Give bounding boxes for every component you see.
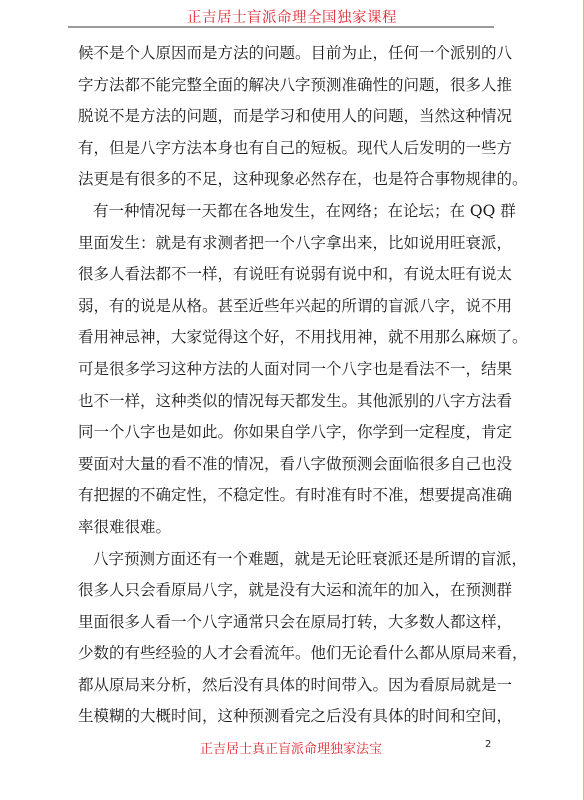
text-line-paragraph-start: 八字预测方面还有一个难题，就是无论旺衰派还是所谓的盲派， bbox=[78, 544, 498, 576]
text-line: 有，但是八字方法本身也有自己的短板。现代人后发明的一些方 bbox=[78, 133, 498, 165]
text-line: 很多人看法都不一样，有说旺有说弱有说中和，有说太旺有说太 bbox=[78, 259, 498, 291]
text-line: 法更是有很多的不足，这种现象必然存在，也是符合事物规律的。 bbox=[78, 164, 498, 196]
header-title: 正吉居士盲派命理全国独家课程 bbox=[0, 6, 584, 27]
text-line: 要面对大量的看不准的情况，看八字做预测会面临很多自己也没 bbox=[78, 449, 498, 481]
text-line: 里面发生：就是有求测者把一个八字拿出来，比如说用旺衰派， bbox=[78, 228, 498, 260]
header-divider bbox=[68, 26, 494, 28]
text-line: 里面很多人看一个八字通常只会在原局打转，大多数人都这样， bbox=[78, 607, 498, 639]
body-text: 候不是个人原因而是方法的问题。目前为止，任何一个派别的八 字方法都不能完整全面的… bbox=[78, 38, 498, 733]
text-line: 也不一样，这种类似的情况每天都发生。其他派别的八字方法看 bbox=[78, 386, 498, 418]
page-number: 2 bbox=[485, 739, 491, 750]
text-line: 同一个八字也是如此。你如果自学八字，你学到一定程度，肯定 bbox=[78, 417, 498, 449]
text-line: 字方法都不能完整全面的解决八字预测准确性的问题，很多人推 bbox=[78, 70, 498, 102]
text-line: 少数的有些经验的人才会看流年。他们无论看什么都从原局来看， bbox=[78, 638, 498, 670]
text-line: 看用神忌神，大家觉得这个好，不用找用神，就不用那么麻烦了。 bbox=[78, 322, 498, 354]
footer-title: 正吉居士真正盲派命理独家法宝 bbox=[200, 738, 382, 757]
text-line: 有把握的不确定性，不稳定性。有时准有时不准，想要提高准确 bbox=[78, 480, 498, 512]
text-line-paragraph-start: 有一种情况每一天都在各地发生，在网络；在论坛；在 QQ 群 bbox=[78, 196, 498, 228]
text-line: 弱，有的说是从格。甚至近些年兴起的所谓的盲派八字，说不用 bbox=[78, 291, 498, 323]
text-line: 都从原局来分析，然后没有具体的时间带入。因为看原局就是一 bbox=[78, 670, 498, 702]
text-line: 生模糊的大概时间，这种预测看完之后没有具体的时间和空间， bbox=[78, 701, 498, 733]
text-line: 很多人只会看原局八字，就是没有大运和流年的加入，在预测群 bbox=[78, 575, 498, 607]
text-line: 可是很多学习这种方法的人面对同一个八字也是看法不一，结果 bbox=[78, 354, 498, 386]
text-line: 率很难很难。 bbox=[78, 512, 498, 544]
text-line: 候不是个人原因而是方法的问题。目前为止，任何一个派别的八 bbox=[78, 38, 498, 70]
text-line: 脱说不是方法的问题，而是学习和使用人的问题，当然这种情况 bbox=[78, 101, 498, 133]
